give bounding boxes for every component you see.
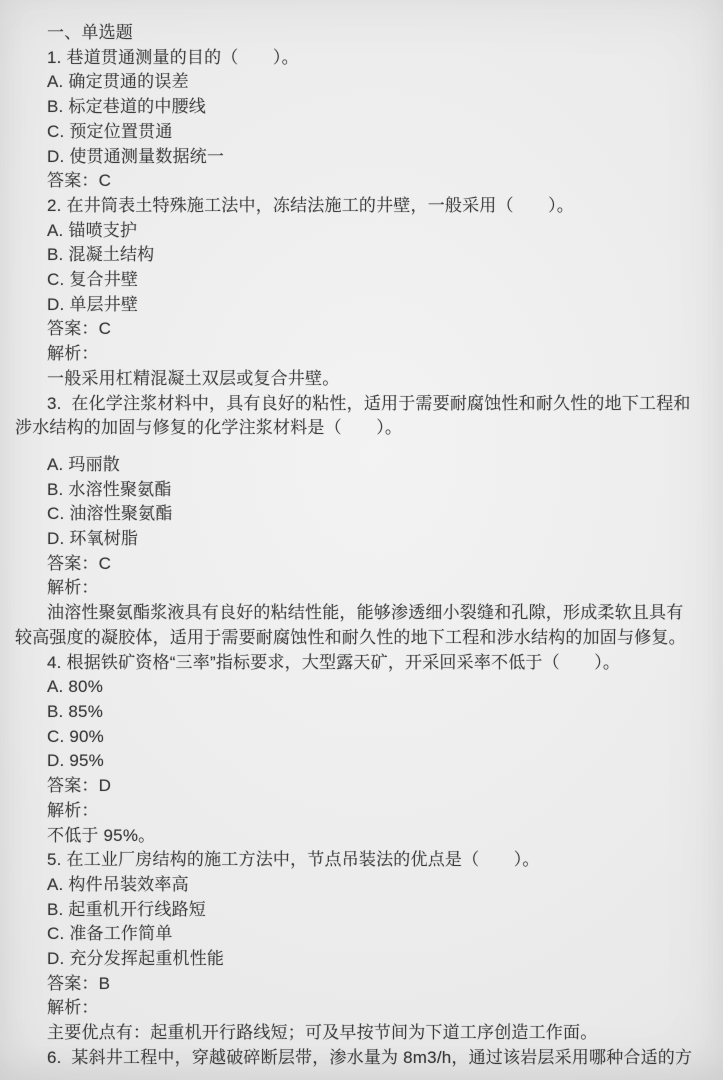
option-B: B. 混凝土结构 xyxy=(15,243,693,268)
option-D: D. 95% xyxy=(15,749,693,774)
option-D: D. 使贯通测量数据统一 xyxy=(15,145,693,170)
option-A: A. 构件吊装效率高 xyxy=(15,873,693,898)
option-D: D. 充分发挥起重机性能 xyxy=(15,947,693,972)
question-stem: 2. 在井筒表土特殊施工法中，冻结法施工的井壁，一般采用（ ）。 xyxy=(15,194,693,219)
analysis-text: 油溶性聚氨酯浆液具有良好的粘结性能，能够渗透细小裂缝和孔隙，形成柔软且具有 xyxy=(15,601,693,626)
analysis-label: 解析： xyxy=(15,342,693,367)
answer: 答案：B xyxy=(15,972,693,997)
answer: 答案：C xyxy=(15,552,693,577)
option-C: C. 准备工作简单 xyxy=(15,922,693,947)
option-A: A. 80% xyxy=(15,675,693,700)
option-C: C. 90% xyxy=(15,725,693,750)
question-stem: 1. 巷道贯通测量的目的（ ）。 xyxy=(15,46,693,71)
analysis-text: 主要优点有：起重机开行路线短；可及早按节间为下道工序创造工作面。 xyxy=(15,1021,693,1046)
option-A: A. 确定贯通的误差 xyxy=(15,70,693,95)
option-B: B. 水溶性聚氨酯 xyxy=(15,478,693,503)
answer: 答案：C xyxy=(15,317,693,342)
document-page: 一、单选题 1. 巷道贯通测量的目的（ ）。A. 确定贯通的误差B. 标定巷道的… xyxy=(0,0,723,1080)
analysis-text: 一般采用杠精混凝土双层或复合井壁。 xyxy=(15,367,693,392)
analysis-text-continuation: 较高强度的凝胶体，适用于需要耐腐蚀性和耐久性的地下工程和涉水结构的加固与修复。 xyxy=(15,626,693,651)
question-stem: 6. 某斜井工程中，穿越破碎断层带，渗水量为 8m3/h，通过该岩层采用哪种合适… xyxy=(15,1046,693,1071)
question-stem: 4. 根据铁矿资格“三率”指标要求，大型露天矿，开采回采率不低于（ ）。 xyxy=(15,651,693,676)
option-B: B. 起重机开行线路短 xyxy=(15,898,693,923)
analysis-label: 解析： xyxy=(15,576,693,601)
analysis-label: 解析： xyxy=(15,996,693,1021)
option-D: D. 环氧树脂 xyxy=(15,527,693,552)
option-B: B. 85% xyxy=(15,700,693,725)
option-C: C. 预定位置贯通 xyxy=(15,120,693,145)
quiz-document: 一、单选题 1. 巷道贯通测量的目的（ ）。A. 确定贯通的误差B. 标定巷道的… xyxy=(0,0,723,1071)
analysis-label: 解析： xyxy=(15,799,693,824)
option-A: A. 玛丽散 xyxy=(15,453,693,478)
option-D: D. 单层井壁 xyxy=(15,293,693,318)
question-stem: 5. 在工业厂房结构的施工方法中，节点吊装法的优点是（ ）。 xyxy=(15,848,693,873)
answer: 答案：D xyxy=(15,774,693,799)
question-stem: 3. 在化学注浆材料中，具有良好的粘性，适用于需要耐腐蚀性和耐久性的地下工程和 xyxy=(15,392,693,417)
option-A: A. 锚喷支护 xyxy=(15,219,693,244)
option-C: C. 油溶性聚氨酯 xyxy=(15,502,693,527)
option-B: B. 标定巷道的中腰线 xyxy=(15,95,693,120)
section-title: 一、单选题 xyxy=(15,21,693,46)
question-stem-continuation: 涉水结构的加固与修复的化学注浆材料是（ ）。 xyxy=(15,416,693,441)
answer: 答案：C xyxy=(15,169,693,194)
option-C: C. 复合井壁 xyxy=(15,268,693,293)
analysis-text: 不低于 95%。 xyxy=(15,824,693,849)
